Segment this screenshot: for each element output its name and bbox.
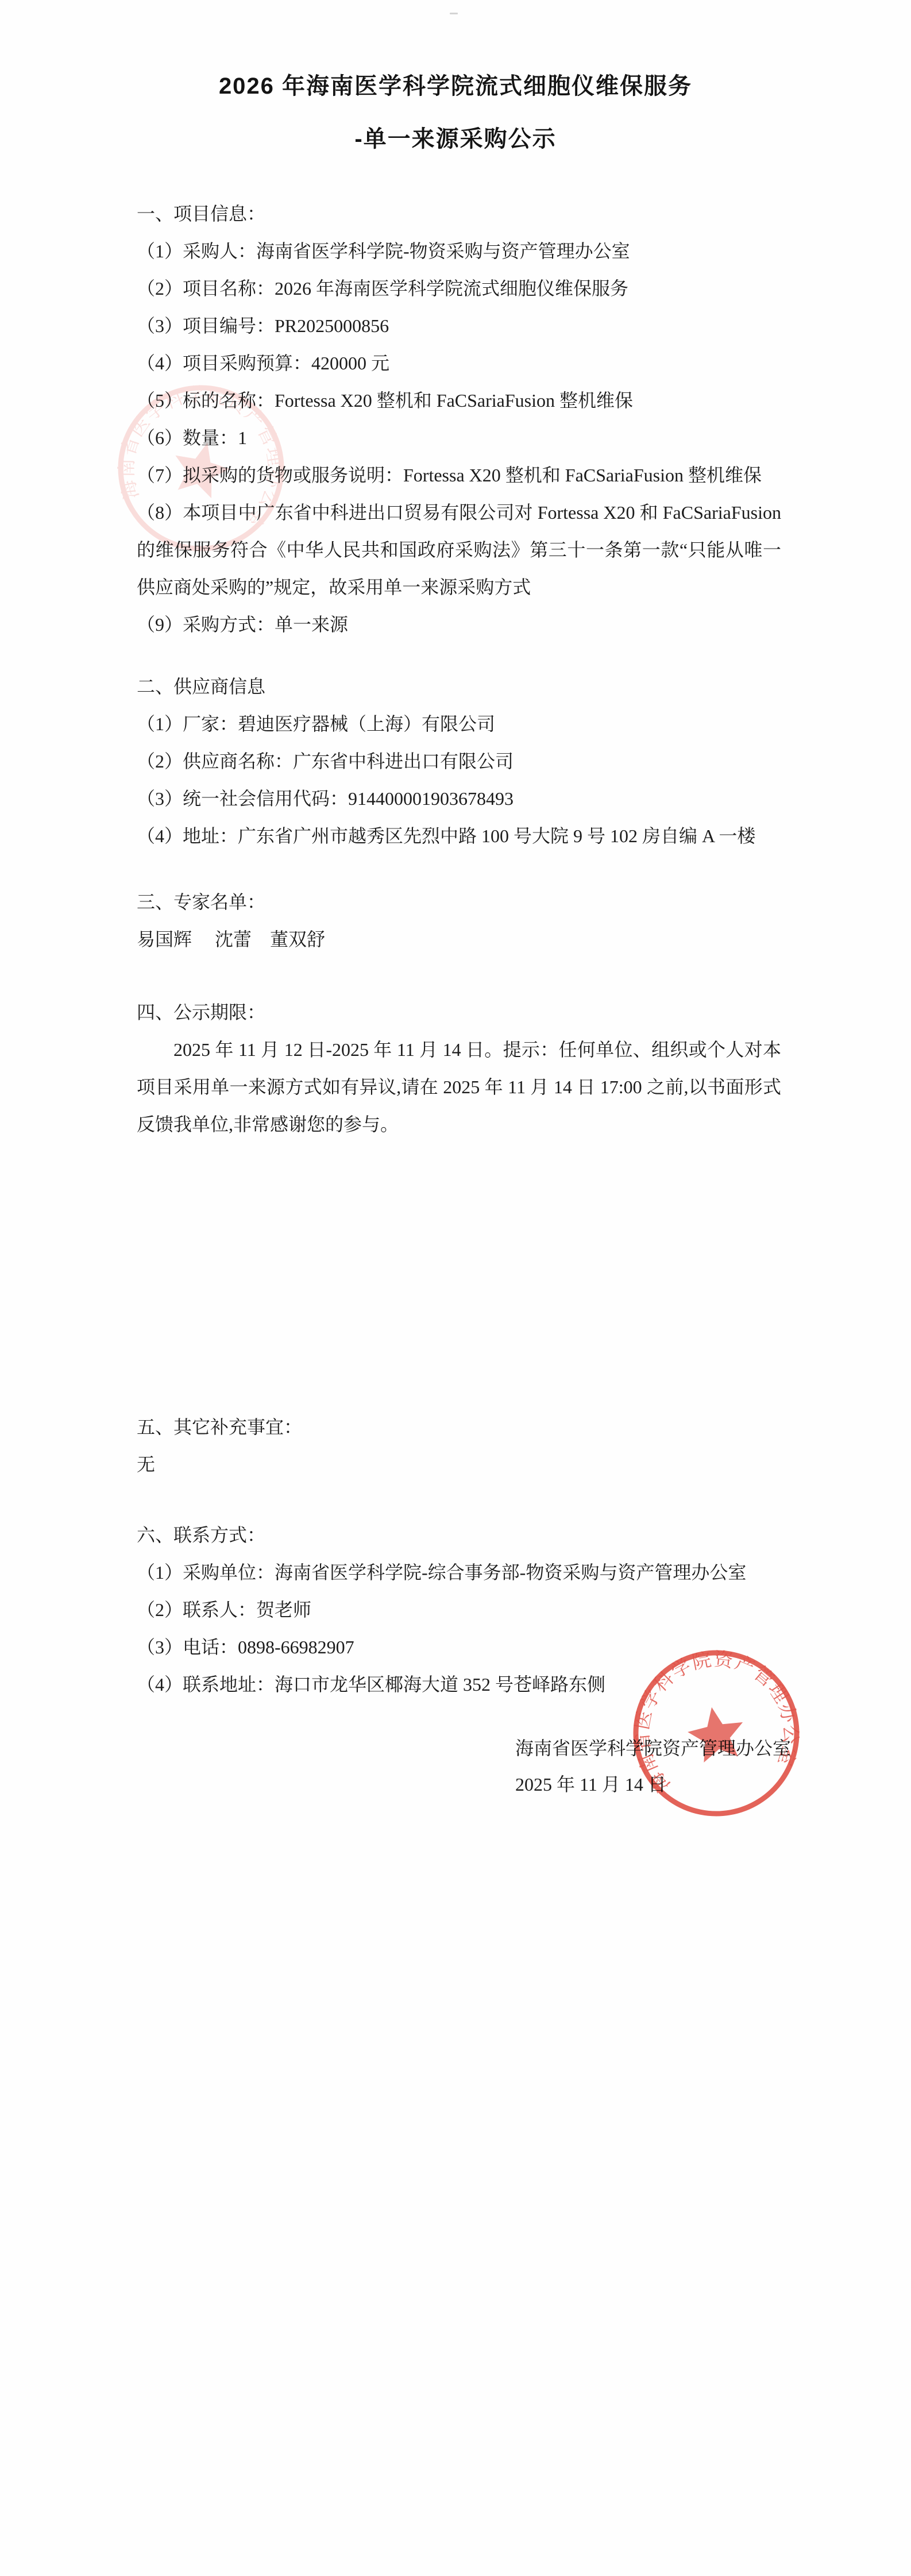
doc-title-line1: 2026 年海南医学科学院流式细胞仪维保服务 — [0, 70, 911, 102]
section1-heading: 一、项目信息： — [137, 195, 781, 233]
document-page: 2026 年海南医学科学院流式细胞仪维保服务 -单一来源采购公示 一、项目信息：… — [0, 0, 911, 2576]
doc-line: （1）厂家：碧迪医疗器械（上海）有限公司 — [137, 705, 781, 743]
doc-line: （6）数量：1 — [137, 419, 781, 457]
doc-line: （7）拟采购的货物或服务说明：Fortessa X20 整机和 FaCSaria… — [137, 457, 781, 494]
section-contact-info: 六、联系方式： （1）采购单位：海南省医学科学院-综合事务部-物资采购与资产管理… — [137, 1517, 781, 1703]
doc-line: （2）联系人：贺老师 — [137, 1591, 781, 1629]
section6-heading: 六、联系方式： — [137, 1517, 781, 1554]
doc-line: （3）电话：0898-66982907 — [137, 1629, 781, 1666]
section-supplement: 五、其它补充事宜： 无 — [137, 1409, 781, 1483]
publicity-paragraph: 2025 年 11 月 12 日-2025 年 11 月 14 日。提示：任何单… — [137, 1031, 781, 1143]
section-publicity-period: 四、公示期限： 2025 年 11 月 12 日-2025 年 11 月 14 … — [137, 994, 781, 1143]
doc-line: （5）标的名称：Fortessa X20 整机和 FaCSariaFusion … — [137, 382, 781, 419]
signature-block: 海南省医学科学院资产管理办公室 2025 年 11 月 14 日 — [515, 1730, 791, 1803]
section5-heading: 五、其它补充事宜： — [137, 1409, 781, 1446]
section-expert-list: 三、专家名单： 易国辉 沈蕾 董双舒 — [137, 884, 781, 958]
doc-line: （9）采购方式：单一来源 — [137, 606, 781, 643]
doc-line: （4）联系地址：海口市龙华区椰海大道 352 号苍峄路东侧 — [137, 1666, 781, 1703]
signature-org: 海南省医学科学院资产管理办公室 — [515, 1730, 791, 1767]
doc-line: （1）采购人：海南省医学科学院-物资采购与资产管理办公室 — [137, 233, 781, 270]
signature-date: 2025 年 11 月 14 日 — [515, 1767, 791, 1803]
supplement-content: 无 — [137, 1446, 781, 1483]
doc-line: （3）项目编号：PR2025000856 — [137, 307, 781, 345]
doc-line: （2）项目名称：2026 年海南医学科学院流式细胞仪维保服务 — [137, 270, 781, 307]
doc-title-line2: -单一来源采购公示 — [0, 123, 911, 155]
section-project-info: 一、项目信息： （1）采购人：海南省医学科学院-物资采购与资产管理办公室 （2）… — [137, 195, 781, 643]
doc-line: （2）供应商名称：广东省中科进出口有限公司 — [137, 743, 781, 780]
section-supplier-info: 二、供应商信息 （1）厂家：碧迪医疗器械（上海）有限公司 （2）供应商名称：广东… — [137, 668, 781, 855]
expert-names: 易国辉 沈蕾 董双舒 — [137, 921, 781, 958]
section3-heading: 三、专家名单： — [137, 884, 781, 921]
doc-line: （3）统一社会信用代码：914400001903678493 — [137, 780, 781, 817]
doc-line: （4）地址：广东省广州市越秀区先烈中路 100 号大院 9 号 102 房自编 … — [137, 817, 781, 855]
doc-line: （1）采购单位：海南省医学科学院-综合事务部-物资采购与资产管理办公室 — [137, 1554, 781, 1591]
doc-line: （4）项目采购预算：420000 元 — [137, 345, 781, 382]
scan-artifact-dash — [450, 13, 458, 14]
doc-line-wrapped: （8）本项目中广东省中科进出口贸易有限公司对 Fortessa X20 和 Fa… — [137, 494, 781, 606]
section2-heading: 二、供应商信息 — [137, 668, 781, 705]
section4-heading: 四、公示期限： — [137, 994, 781, 1031]
